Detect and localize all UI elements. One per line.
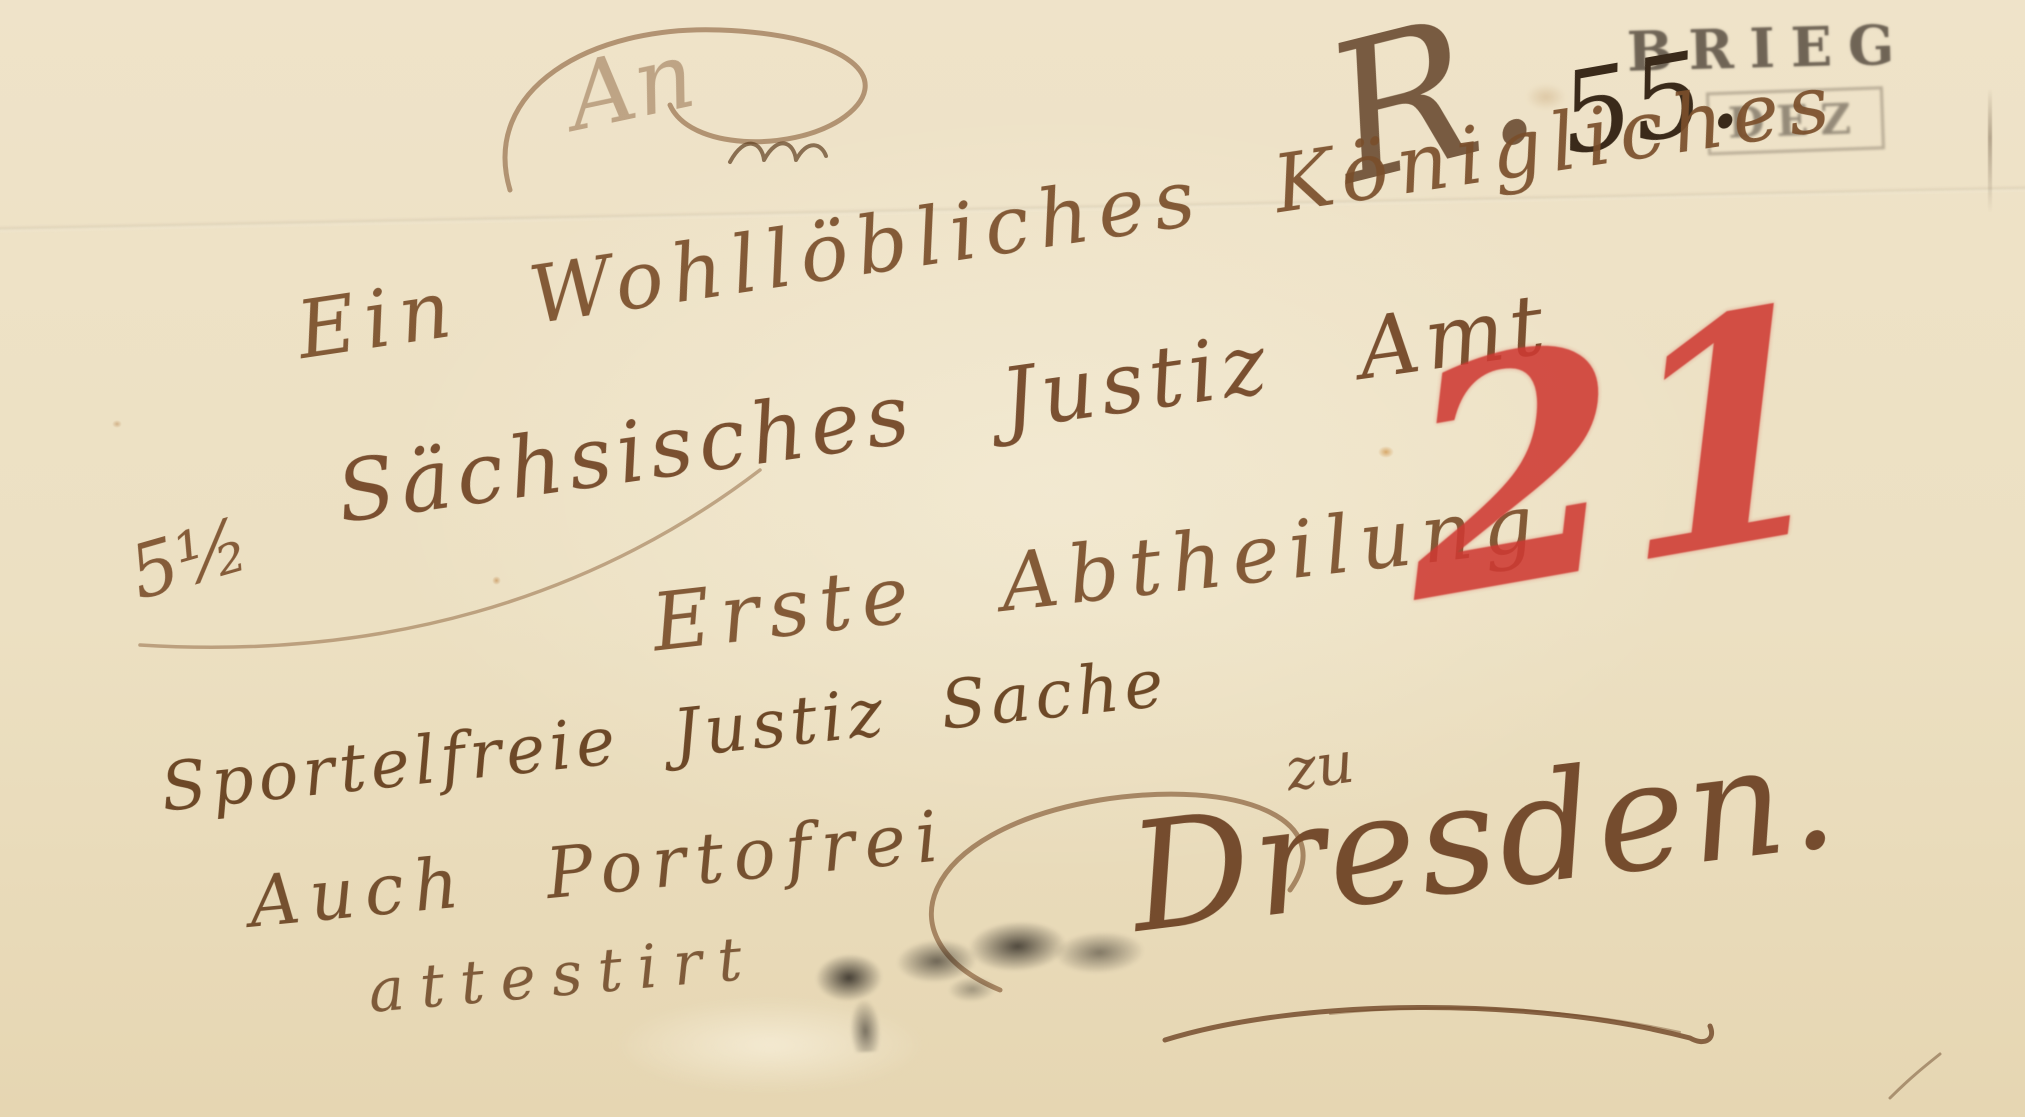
- smudged-handstamp: [804, 887, 1151, 1055]
- paper-stain: [1378, 446, 1394, 458]
- letter-cover-scan: An BRIEG DEZ R. 55. Ein Wohllöbliches Kö…: [0, 0, 2025, 1117]
- pen-connector-stroke: [120, 430, 820, 690]
- paper-edge-line: [1988, 88, 1992, 213]
- salutation-an: An: [560, 29, 702, 145]
- tax-crayon-21: 21: [1398, 277, 1842, 632]
- corner-pen-tick: [1880, 1048, 1950, 1108]
- dresden-underline-flourish: [1150, 968, 1730, 1078]
- paper-stain: [112, 420, 122, 428]
